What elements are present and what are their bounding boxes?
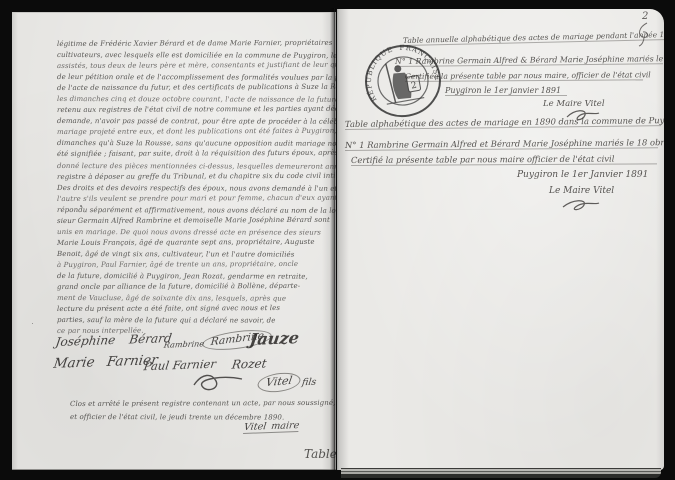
handwriting-line: de l'acte de naissance du futur, et des …	[57, 82, 336, 94]
handwriting-line: légitime de Frédéric Xavier Bérard et de…	[57, 38, 336, 50]
signature-josephine-berard: Joséphine Bérard	[55, 331, 173, 349]
scanned-register-spread: légitime de Frédéric Xavier Bérard et de…	[0, 0, 675, 480]
alpha-table-certification: Certifié la présente table par nous mair…	[351, 153, 657, 166]
handwriting-line: grand oncle par alliance de la future, d…	[57, 281, 336, 293]
annual-table-title: Table annuelle alphabétique des actes de…	[403, 30, 664, 46]
closing-line: Clos et arrêté le présent registre conte…	[70, 397, 336, 411]
underlying-page-edges	[341, 468, 661, 478]
book-gutter-line	[334, 8, 335, 470]
marriage-act-text: légitime de Frédéric Xavier Bérard et de…	[57, 39, 336, 337]
handwriting-line: à Puygiron, Paul Farnier, âgé de trente …	[57, 259, 336, 271]
handwriting-line: Marie Louis François, âgé de quarante se…	[57, 237, 336, 249]
signature-rozet: Rozet	[231, 356, 268, 371]
signature-fils: fils	[301, 377, 317, 388]
handwriting-line: registre à déposer au greffe du Tribunal…	[57, 170, 336, 182]
alpha-table-entry: N° 1 Rambrine Germain Alfred et Bérard M…	[345, 137, 658, 151]
handwriting-line: mariage projeté entre eux, et dont les p…	[57, 126, 336, 138]
handwriting-line: retenu aux registres de l'état civil de …	[57, 104, 336, 116]
annual-table-entry: N° 1 Rambrine Germain Alfred & Bérard Ma…	[395, 54, 663, 67]
mayor-name: Vitel	[243, 421, 267, 433]
alpha-table-place-date: Puygiron le 1er Janvier 1891	[517, 170, 648, 180]
handwriting-line: l'autre s'ils veulent se prendre pour ma…	[57, 192, 336, 204]
alpha-signature-paraph	[561, 198, 601, 214]
signature-flourish	[192, 371, 244, 393]
handwriting-line: été signifiée ; faisant, par suite, droi…	[57, 148, 336, 160]
annual-table-place-date: Puygiron le 1er janvier 1891	[445, 86, 567, 96]
mayor-title: maire	[270, 420, 300, 432]
signature-rambrine-small: Rambrine	[163, 339, 204, 349]
handwriting-line: assistés, tous deux de leurs père et mèr…	[57, 60, 336, 72]
annual-table-mayor-signature: Le Maire Vitel	[543, 99, 605, 109]
mayor-closing-signature: Vitel maire	[243, 420, 300, 434]
right-page: 2 RÉPUBLIQUE FRANÇAISE	[337, 9, 664, 470]
signature-vitel: Vitel	[256, 371, 302, 394]
signature-jauze: Jauze	[249, 328, 301, 349]
annual-table-certification: Certifiée la présente table par nous mai…	[405, 70, 643, 82]
left-page: légitime de Frédéric Xavier Bérard et de…	[12, 12, 336, 470]
handwriting-line: sieur Germain Alfred Rambrine et demoise…	[57, 215, 336, 227]
alpha-table-mayor-signature: Le Maire Vitel	[549, 186, 614, 196]
handwriting-line: lecture du présent acte a été faite, ont…	[57, 303, 336, 315]
